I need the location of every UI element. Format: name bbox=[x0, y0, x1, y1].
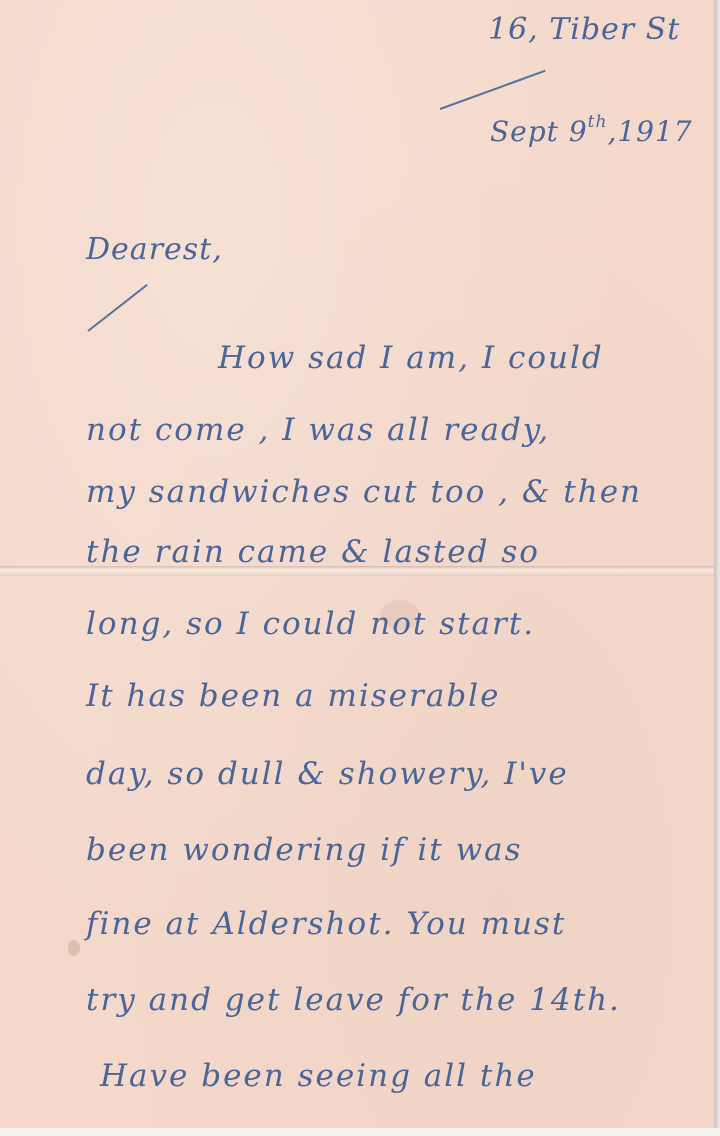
letter-page: 16, Tiber St Sept 9th,1917 Dearest, How … bbox=[0, 0, 714, 1128]
body-line: been wondering if it was bbox=[86, 832, 523, 868]
decorative-pen-stroke bbox=[440, 70, 546, 110]
body-line: day, so dull & showery, I've bbox=[86, 756, 569, 792]
body-line: It has been a miserable bbox=[86, 678, 500, 714]
date-month: Sept bbox=[490, 115, 559, 148]
page-edge-right bbox=[714, 0, 720, 1136]
body-line: the rain came & lasted so bbox=[86, 534, 540, 570]
body-line: not come , I was all ready, bbox=[86, 412, 550, 448]
body-line: How sad I am, I could bbox=[218, 340, 604, 376]
date-day: 9 bbox=[569, 115, 588, 148]
body-line: Have been seeing all the bbox=[100, 1058, 537, 1094]
ink-stain bbox=[68, 940, 80, 956]
body-line: my sandwiches cut too , & then bbox=[86, 474, 642, 510]
date-year: 1917 bbox=[617, 115, 692, 148]
body-line: fine at Aldershot. You must bbox=[86, 906, 566, 942]
sender-address: 16, Tiber St bbox=[488, 12, 680, 47]
body-line: long, so I could not start. bbox=[86, 606, 535, 642]
letter-date: Sept 9th,1917 bbox=[490, 112, 693, 148]
decorative-pen-stroke bbox=[87, 284, 147, 332]
page-edge-bottom bbox=[0, 1128, 720, 1136]
salutation: Dearest, bbox=[86, 232, 223, 267]
body-line: try and get leave for the 14th. bbox=[86, 982, 621, 1018]
date-suffix: th bbox=[588, 112, 608, 132]
